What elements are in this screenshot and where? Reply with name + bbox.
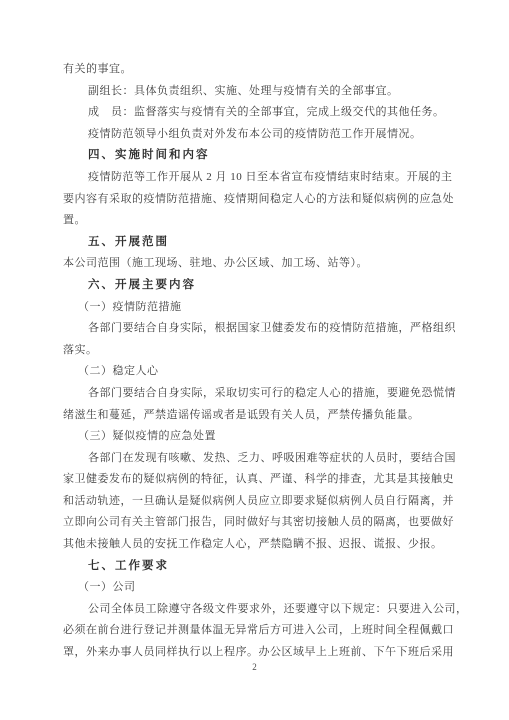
text-line: 要内容有采取的疫情防范措施、疫情期间稳定人心的方法和疑似病例的应急处 [63, 189, 455, 211]
document-page: 有关的事宜。副组长：具体负责组织、实施、处理与疫情有关的全部事宜。成 员：监督落… [0, 0, 509, 720]
text-line: 和活动轨迹，一旦确认是疑似病例人员应立即要求疑似病例人员自行隔离，并 [63, 491, 455, 513]
text-line: 绪滋生和蔓延，严禁造谣传谣或者是诋毁有关人员，严禁传播负能量。 [63, 405, 455, 427]
section-heading-line: 五、开展范围 [63, 232, 455, 254]
text-line: 家卫健委发布的疑似病例的特征，认真、严谨、科学的排查，尤其是其接触史 [63, 469, 455, 491]
text-line: 疫情防范领导小组负责对外发布本公司的疫情防范工作开展情况。 [63, 124, 455, 146]
section-heading-line: 七、工作要求 [63, 556, 455, 578]
text-line: 本公司范围（施工现场、驻地、办公区域、加工场、站等）。 [63, 253, 455, 275]
text-line: （一）公司 [63, 577, 455, 599]
text-line: 副组长：具体负责组织、实施、处理与疫情有关的全部事宜。 [63, 81, 455, 103]
text-line: 其他未接触人员的安抚工作稳定人心，严禁隐瞒不报、迟报、谎报、少报。 [63, 534, 455, 556]
text-line: 置。 [63, 210, 455, 232]
text-line: 立即向公司有关主管部门报告，同时做好与其密切接触人员的隔离，也要做好 [63, 512, 455, 534]
document-body: 有关的事宜。副组长：具体负责组织、实施、处理与疫情有关的全部事宜。成 员：监督落… [63, 59, 455, 664]
text-line: 各部门要结合自身实际，根据国家卫健委发布的疫情防范措施，严格组织 [63, 318, 455, 340]
text-line: 疫情防范等工作开展从 2 月 10 日至本省宣布疫情结束时结束。开展的主 [63, 167, 455, 189]
text-line: 必须在前台进行登记并测量体温无异常后方可进入公司，上班时间全程佩戴口 [63, 620, 455, 642]
text-line: 有关的事宜。 [63, 59, 455, 81]
text-line: 成 员：监督落实与疫情有关的全部事宜，完成上级交代的其他任务。 [63, 102, 455, 124]
text-line: （一）疫情防范措施 [63, 297, 455, 319]
text-line: 公司全体员工除遵守各级文件要求外，还要遵守以下规定：只要进入公司， [63, 599, 455, 621]
text-line: 落实。 [63, 340, 455, 362]
text-line: 各部门在发现有咳嗽、发热、乏力、呼吸困难等症状的人员时，要结合国 [63, 448, 455, 470]
section-heading-line: 六、开展主要内容 [63, 275, 455, 297]
text-line: （三）疑似疫情的应急处置 [63, 426, 455, 448]
section-heading-line: 四、实施时间和内容 [63, 145, 455, 167]
text-line: 各部门要结合自身实际，采取切实可行的稳定人心的措施，要避免恐慌情 [63, 383, 455, 405]
text-line: （二）稳定人心 [63, 361, 455, 383]
page-number: 2 [0, 661, 509, 673]
